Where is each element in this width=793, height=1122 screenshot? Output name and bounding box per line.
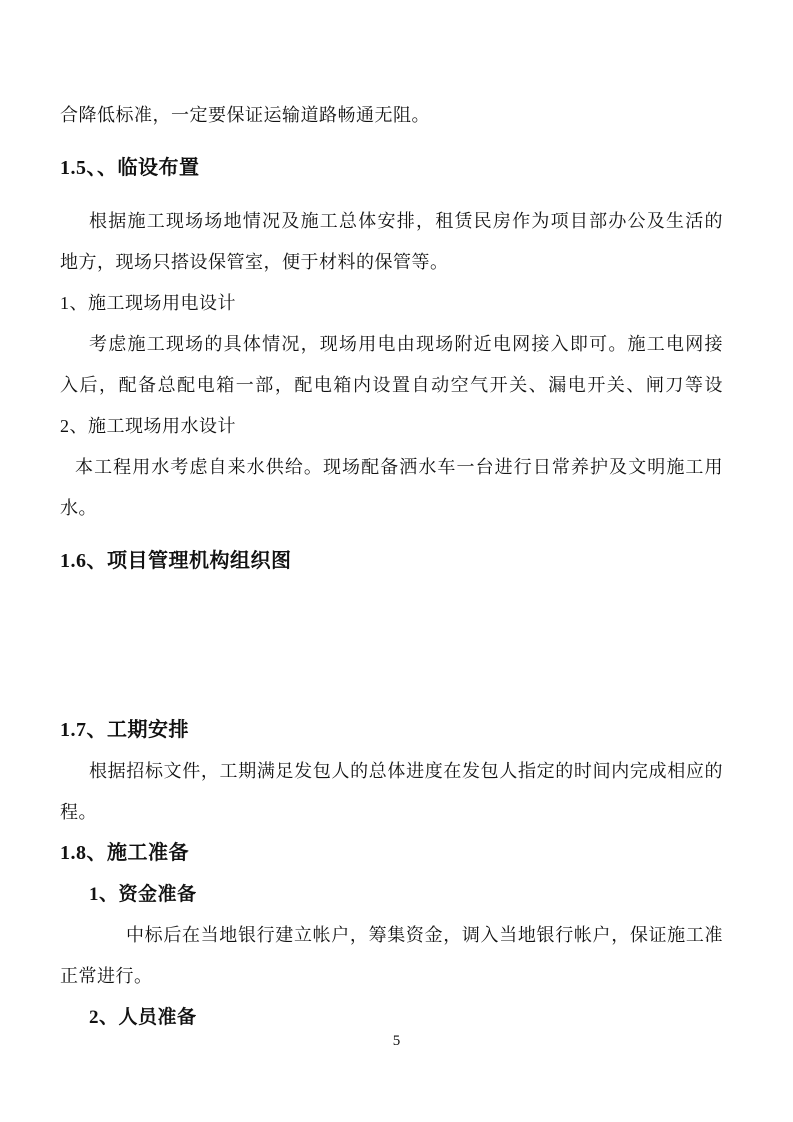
subheading-line: 1、资金准备 [60, 874, 723, 915]
page-number: 5 [0, 1033, 793, 1050]
text-line: 地方，现场只搭设保管室，便于材料的保管等。 [60, 242, 723, 283]
subheading-line: 2、人员准备 [60, 997, 723, 1038]
text-line: 正常进行。 [60, 956, 723, 997]
text-line: 程。 [60, 792, 723, 833]
text-line: 根据施工现场场地情况及施工总体安排，租赁民房作为项目部办公及生活的 [60, 201, 723, 242]
text-line: 根据招标文件，工期满足发包人的总体进度在发包人指定的时间内完成相应的工 [60, 751, 723, 792]
heading-line: 1.8、施工准备 [60, 833, 723, 874]
text-line: 中标后在当地银行建立帐户，筹集资金，调入当地银行帐户，保证施工准备 [60, 915, 723, 956]
text-line: 本工程用水考虑自来水供给。现场配备洒水车一台进行日常养护及文明施工用 [60, 447, 723, 488]
document-body: 合降低标准，一定要保证运输道路畅通无阻。1.5、、临设布置根据施工现场场地情况及… [60, 95, 723, 1038]
text-line: 入后，配备总配电箱一部，配电箱内设置自动空气开关、漏电开关、闸刀等设施。 [60, 365, 723, 406]
text-line: 合降低标准，一定要保证运输道路畅通无阻。 [60, 95, 723, 136]
document-page: 合降低标准，一定要保证运输道路畅通无阻。1.5、、临设布置根据施工现场场地情况及… [0, 0, 793, 1122]
heading-line: 1.6、项目管理机构组织图 [60, 541, 723, 582]
heading-line: 1.7、工期安排 [60, 710, 723, 751]
text-line: 1、施工现场用电设计 [60, 283, 723, 324]
text-line: 2、施工现场用水设计 [60, 406, 723, 447]
text-line: 考虑施工现场的具体情况，现场用电由现场附近电网接入即可。施工电网接 [60, 324, 723, 365]
text-line: 水。 [60, 488, 723, 529]
heading-line: 1.5、、临设布置 [60, 148, 723, 189]
